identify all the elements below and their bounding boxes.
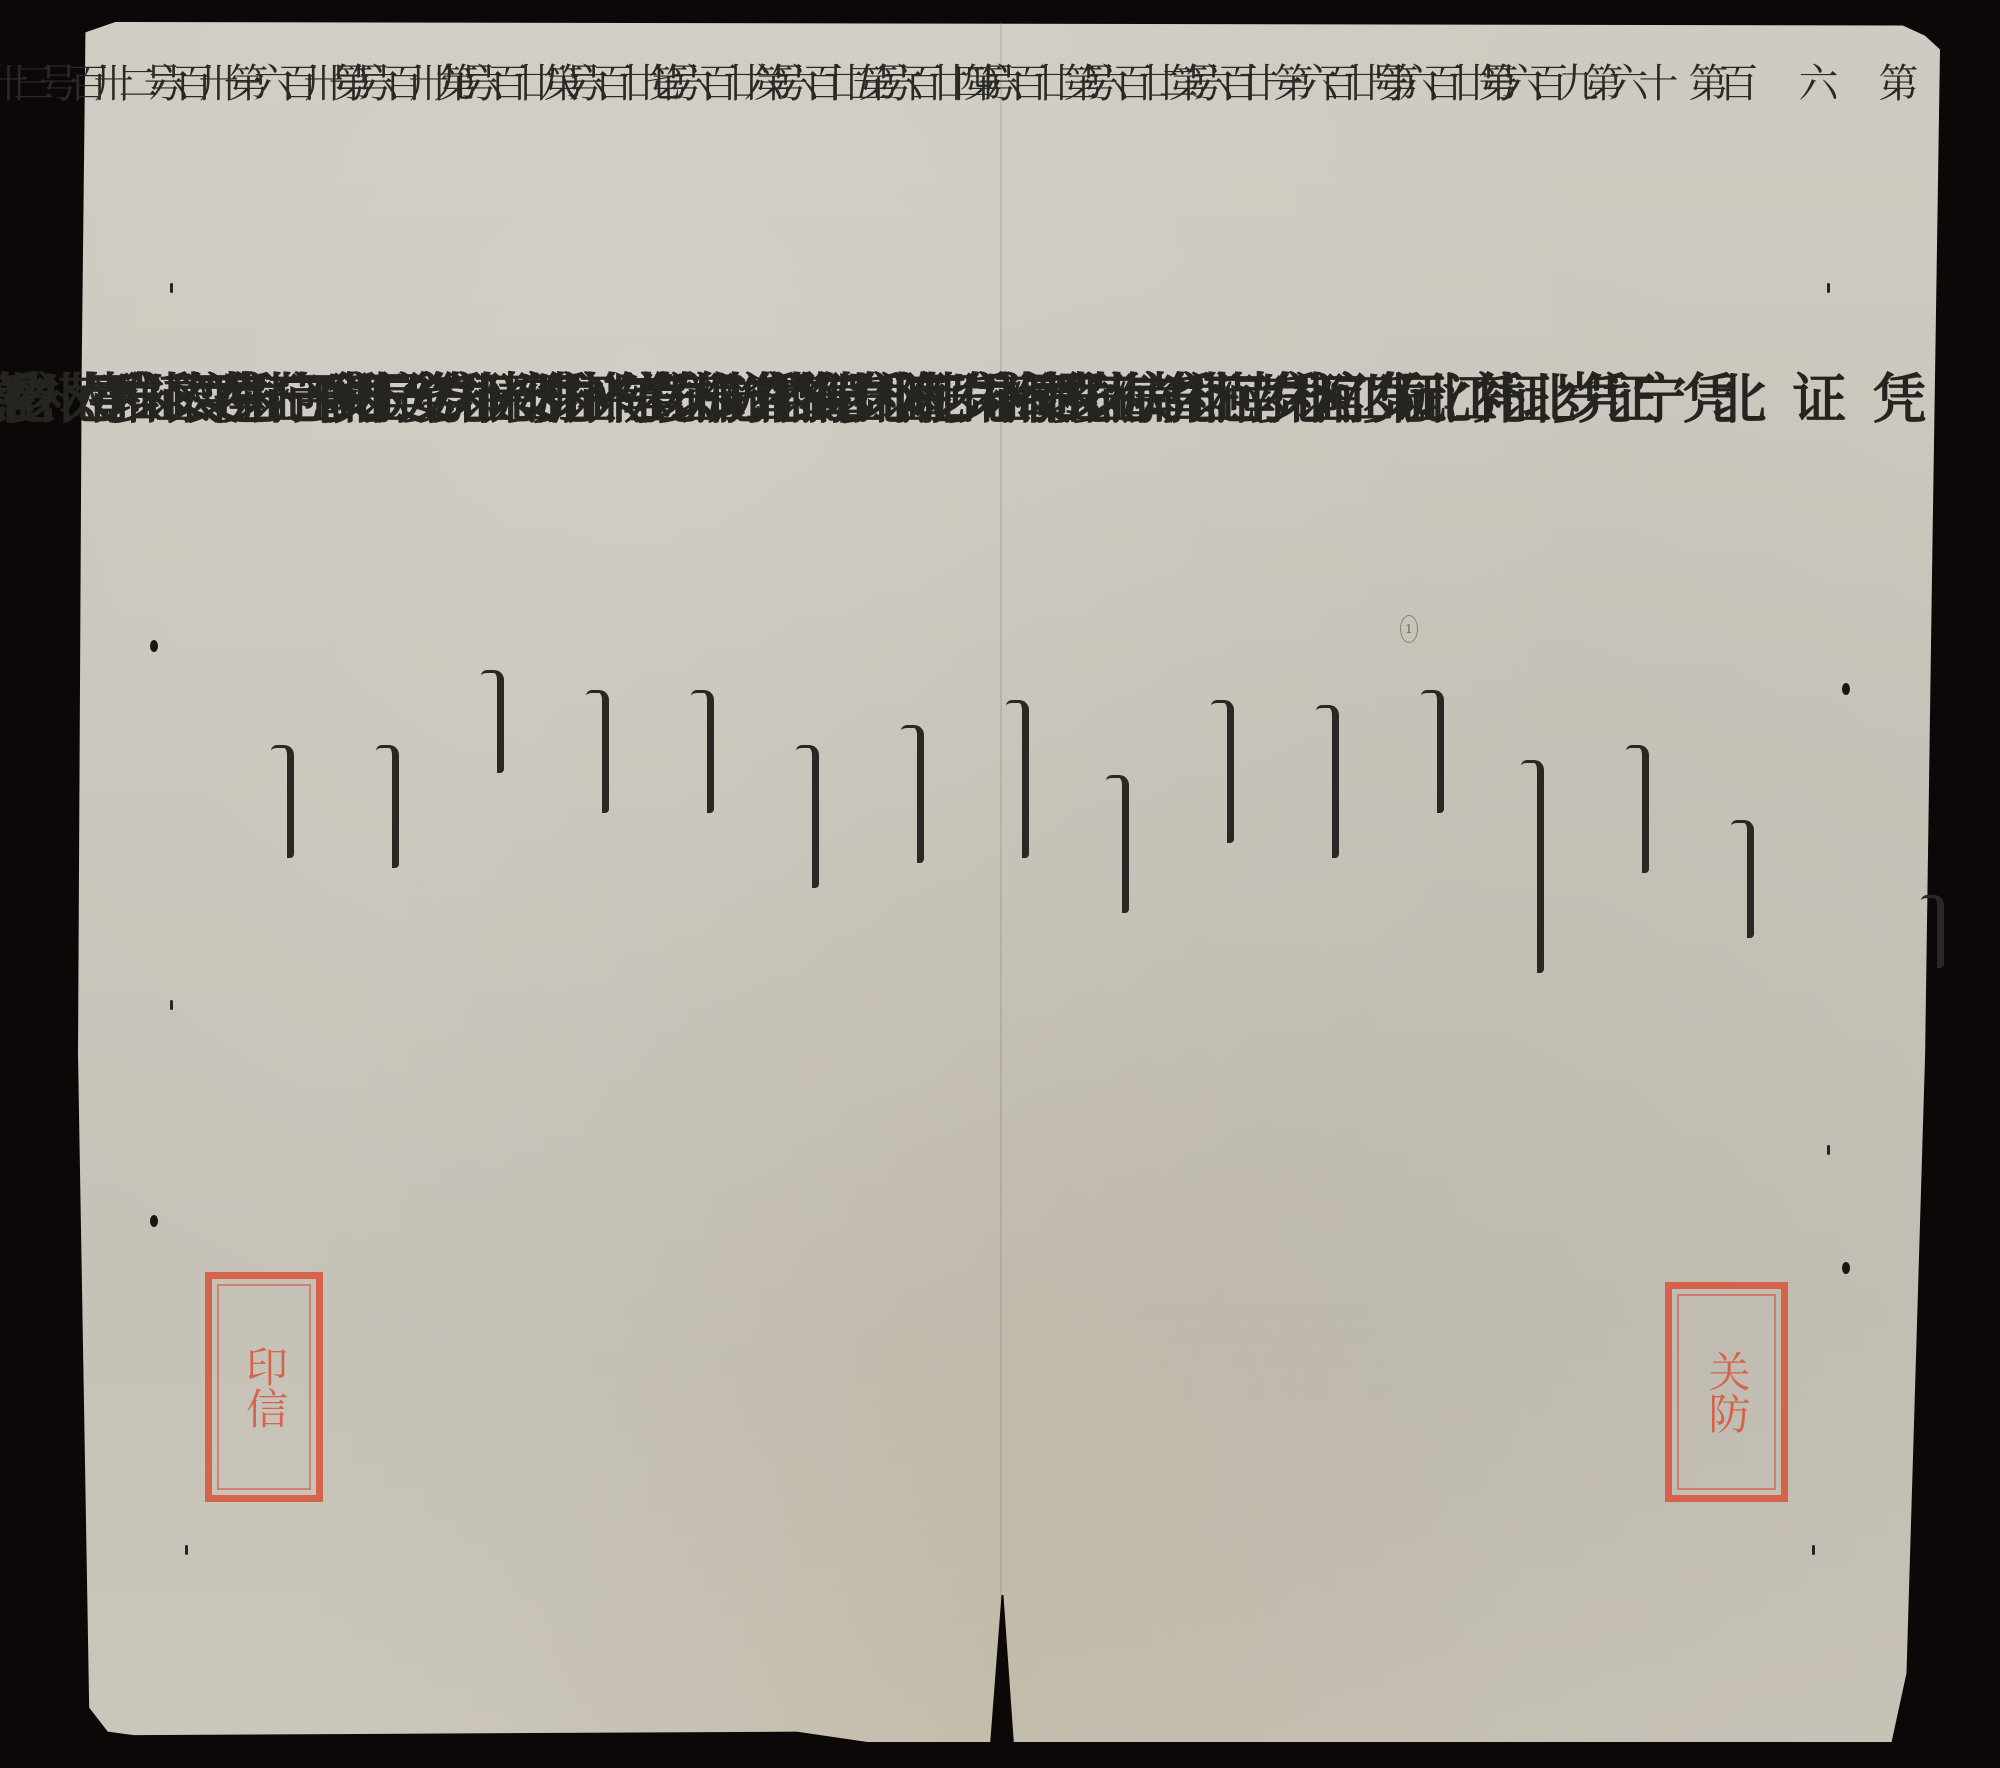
entry-number: 第六百廿一号 (1560, 62, 1640, 101)
entry-number: 第六百卅一号 (520, 62, 600, 101)
name-bracket-mark (1211, 700, 1234, 843)
name-bracket-mark (691, 690, 714, 813)
entry-number: 第六百廿三号 (1355, 62, 1435, 101)
entry-text: 凭证河南岁补陈倬 (1355, 370, 1435, 430)
document-paper (78, 22, 1940, 1742)
entry-text: 凭证宁平岁补阮葵 (415, 370, 495, 430)
entry-text: 凭证宁平岁补范嘉模 (520, 370, 600, 430)
margin-tick (170, 1000, 173, 1010)
margin-tick (1827, 283, 1830, 293)
name-bracket-mark (376, 745, 399, 868)
name-bracket-mark (1521, 760, 1544, 973)
entry-number: 第六百卅号 (625, 62, 705, 101)
entry-text: 凭证海阳省岁补杜务栖 (1040, 370, 1120, 430)
entry-number: 第六百卅三号 (310, 62, 390, 101)
name-bracket-mark (1316, 705, 1339, 858)
entry-text: 凭证海防岁补阮允硕 (940, 370, 1020, 430)
margin-tick (1827, 1145, 1830, 1155)
name-bracket-mark (481, 670, 504, 773)
punch-hole (150, 640, 158, 652)
name-bracket-mark (1731, 820, 1754, 938)
entry-number: 第六百廿二号 (1455, 62, 1535, 101)
center-fold-line (1000, 22, 1002, 1602)
entry-number: 第六百十九号 (1855, 62, 1935, 101)
name-bracket-mark (271, 745, 294, 858)
entry-number: 第六百卅二号 (415, 62, 495, 101)
entry-text: 凭证海阳岁补黎光莹 (1250, 370, 1330, 430)
entry-number: 第六百廿六号 (1040, 62, 1120, 101)
punch-hole (1842, 1262, 1850, 1274)
entry-text: 凭证河南省岁补范士存 (1455, 370, 1535, 430)
entry-text: 凭证北江岁补范绩 (1560, 370, 1640, 430)
entry-number: 第六百廿七号 (940, 62, 1020, 101)
name-bracket-mark (586, 690, 609, 813)
margin-tick (185, 1545, 188, 1555)
name-bracket-mark (1626, 745, 1649, 873)
name-bracket-mark (1106, 775, 1129, 913)
margin-tick (170, 283, 173, 293)
red-seal-right: 关防 (1665, 1282, 1788, 1502)
entry-text: 凭证北宁岁补阮琯 (1855, 370, 1935, 430)
entry-number: 第六百廿四号 (1250, 62, 1330, 101)
name-bracket-mark (1006, 700, 1029, 858)
name-bracket-mark (796, 745, 819, 888)
entry-text: 凭证兴安岁补范文琟 (730, 370, 810, 430)
entry-number: 第六百廿八号 (835, 62, 915, 101)
entry-text: 凭证兴安岁补黎青佬 (625, 370, 705, 430)
red-seal-left: 印信 (205, 1272, 323, 1502)
punch-hole (1842, 683, 1850, 695)
entry-text: 凭证太平岁补陈多近 (310, 370, 390, 430)
name-bracket-mark (1421, 690, 1444, 813)
name-bracket-mark (1921, 895, 1944, 968)
entry-text: 凭证海防岁补吴玉莲 (835, 370, 915, 430)
seal-text: 关防 (1697, 1350, 1757, 1434)
entry-text: 凭证太平岁补阮璧 (205, 370, 285, 430)
entry-number: 第六百卅四号 (205, 62, 285, 101)
margin-tick (1812, 1545, 1815, 1555)
entry-text: 凭证海阳岁补郑有珊 (1145, 370, 1225, 430)
seal-text: 印信 (234, 1345, 294, 1429)
entry-text: 凭证北江岁补范庆涵 (1665, 370, 1745, 430)
punch-hole (150, 1215, 158, 1227)
circled-annotation: 1 (1400, 615, 1418, 643)
entry-number: 第六百廿九号 (730, 62, 810, 101)
entry-number: 第六百廿五号 (1145, 62, 1225, 101)
name-bracket-mark (901, 725, 924, 863)
entry-number: 第六百廿号 (1665, 62, 1745, 101)
